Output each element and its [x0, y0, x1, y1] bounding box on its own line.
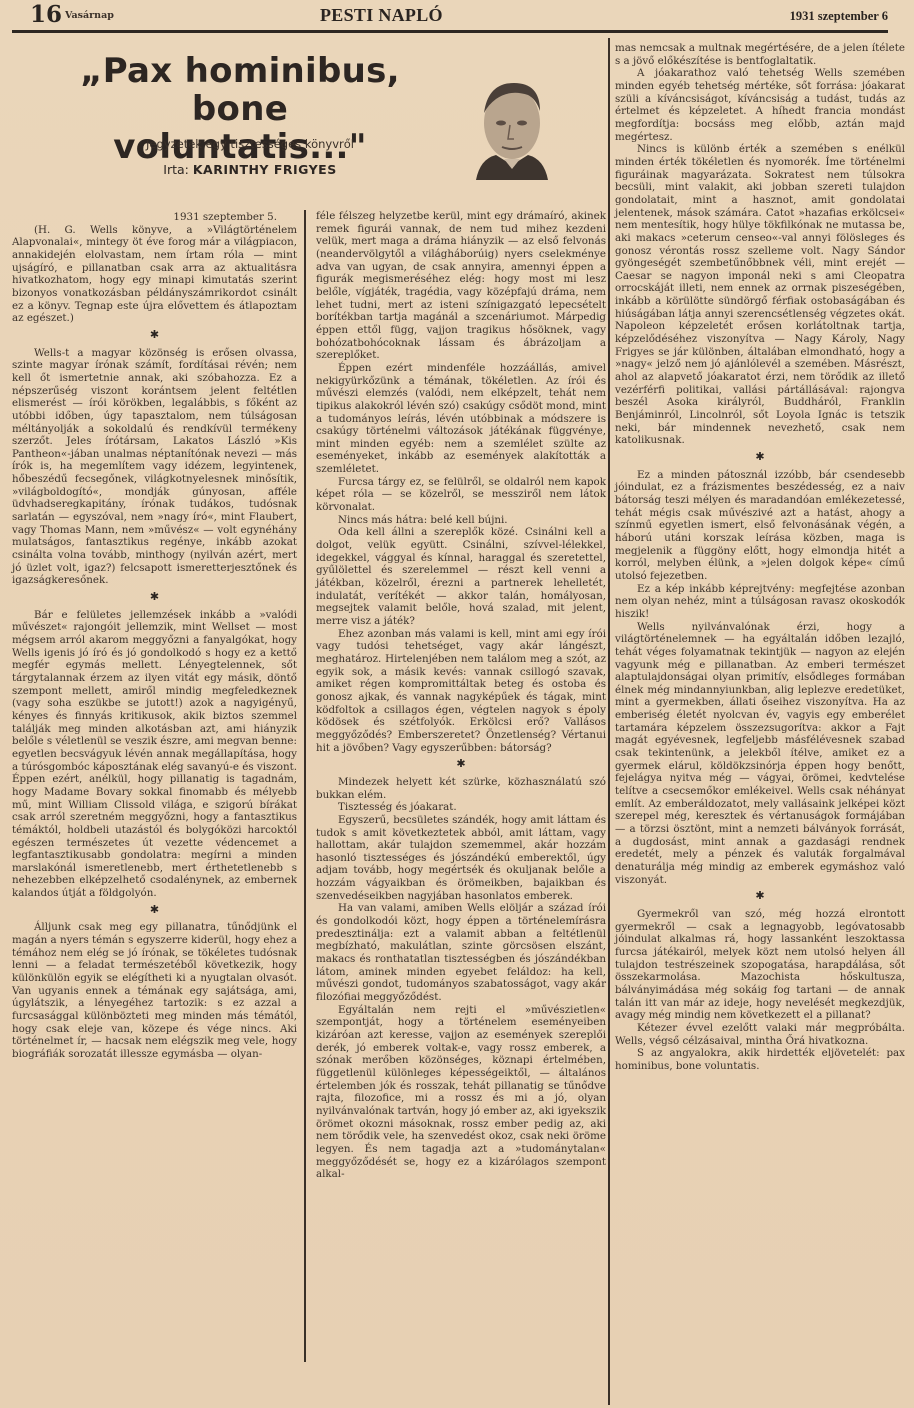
text-column-2: féle félszeg helyzetbe kerül, mint egy d…	[316, 210, 606, 1181]
headline-line-1: „Pax hominibus,	[60, 52, 420, 90]
paragraph: Wells nyilvánvalónak érzi, hogy a világt…	[615, 621, 905, 887]
section-separator: ✱	[615, 890, 905, 903]
paragraph: Tisztesség és jóakarat.	[316, 801, 606, 814]
paragraph: Bár e felületes jellemzések inkább a »va…	[12, 609, 297, 900]
issue-date: 1931 szeptember 6	[790, 9, 888, 24]
masthead-rule	[12, 30, 888, 33]
paragraph: Gyermekről van szó, még hozzá elrontott …	[615, 908, 905, 1022]
headline-line-2: bone voluntatis..."	[60, 90, 420, 166]
paragraph: S az angyalokra, akik hirdették eljövete…	[615, 1047, 905, 1072]
paragraph: Oda kell állni a szereplők közé. Csináln…	[316, 526, 606, 627]
paragraph: (H. G. Wells könyve, a »Világtörténelem …	[12, 224, 297, 325]
author-name: KARINTHY FRIGYES	[193, 162, 337, 177]
paragraph: Ehez azonban más valami is kell, mint am…	[316, 628, 606, 755]
paragraph: féle félszeg helyzetbe kerül, mint egy d…	[316, 210, 606, 362]
paragraph: mas nemcsak a multnak megértésére, de a …	[615, 42, 905, 67]
paragraph: Álljunk csak meg egy pillanatra, tűnődjü…	[12, 921, 297, 1060]
paragraph: Egyszerű, becsületes szándék, hogy amit …	[316, 814, 606, 903]
paragraph: A jóakarathoz való tehetség Wells szeméb…	[615, 67, 905, 143]
page-number: 16	[30, 1, 62, 28]
section-separator: ✱	[12, 329, 297, 342]
section-separator: ✱	[12, 904, 297, 917]
paragraph: Ha van valami, amiben Wells elöljár a sz…	[316, 902, 606, 1003]
column-rule-2	[608, 38, 610, 1405]
section-separator: ✱	[615, 451, 905, 464]
paragraph: Ez a minden pátosznál izzóbb, bár csende…	[615, 469, 905, 583]
text-column-1: 1931 szeptember 5. (H. G. Wells könyve, …	[12, 211, 297, 1061]
article-subtitle: Jegyzetek egy tisztességes könyvről	[110, 137, 390, 151]
newspaper-page: 16 Vasárnap PESTI NAPLÓ 1931 szeptember …	[0, 0, 914, 1408]
paragraph: Wells-t a magyar közönség is erősen olva…	[12, 347, 297, 587]
weekday: Vasárnap	[65, 10, 114, 21]
dateline: 1931 szeptember 5.	[12, 211, 277, 224]
paragraph: Ez a kép inkább képrejtvény: megfejtése …	[615, 583, 905, 621]
paragraph: Nincs is különb érték a szemében s enélk…	[615, 143, 905, 447]
paragraph: Éppen ezért mindenféle hozzáállás, amive…	[316, 362, 606, 476]
byline-prefix: Irta:	[163, 162, 193, 177]
section-separator: ✱	[316, 758, 606, 771]
paragraph: Egyáltalán nem rejti el »művészietlen« s…	[316, 1004, 606, 1181]
paragraph: Kétezer évvel ezelőtt valaki már megprób…	[615, 1022, 905, 1047]
newspaper-name: PESTI NAPLÓ	[320, 5, 443, 26]
text-column-3: mas nemcsak a multnak megértésére, de a …	[615, 42, 905, 1073]
section-separator: ✱	[12, 591, 297, 604]
author-portrait-icon	[470, 77, 550, 180]
paragraph: Furcsa tárgy ez, se felülről, se oldalró…	[316, 476, 606, 514]
paragraph: Mindezek helyett két szürke, közhasznála…	[316, 776, 606, 801]
byline: Irta: KARINTHY FRIGYES	[110, 162, 390, 177]
masthead: 16 Vasárnap PESTI NAPLÓ 1931 szeptember …	[0, 0, 914, 30]
column-rule-1	[304, 210, 306, 1362]
paragraph: Nincs más hátra: belé kell bújni.	[316, 514, 606, 527]
